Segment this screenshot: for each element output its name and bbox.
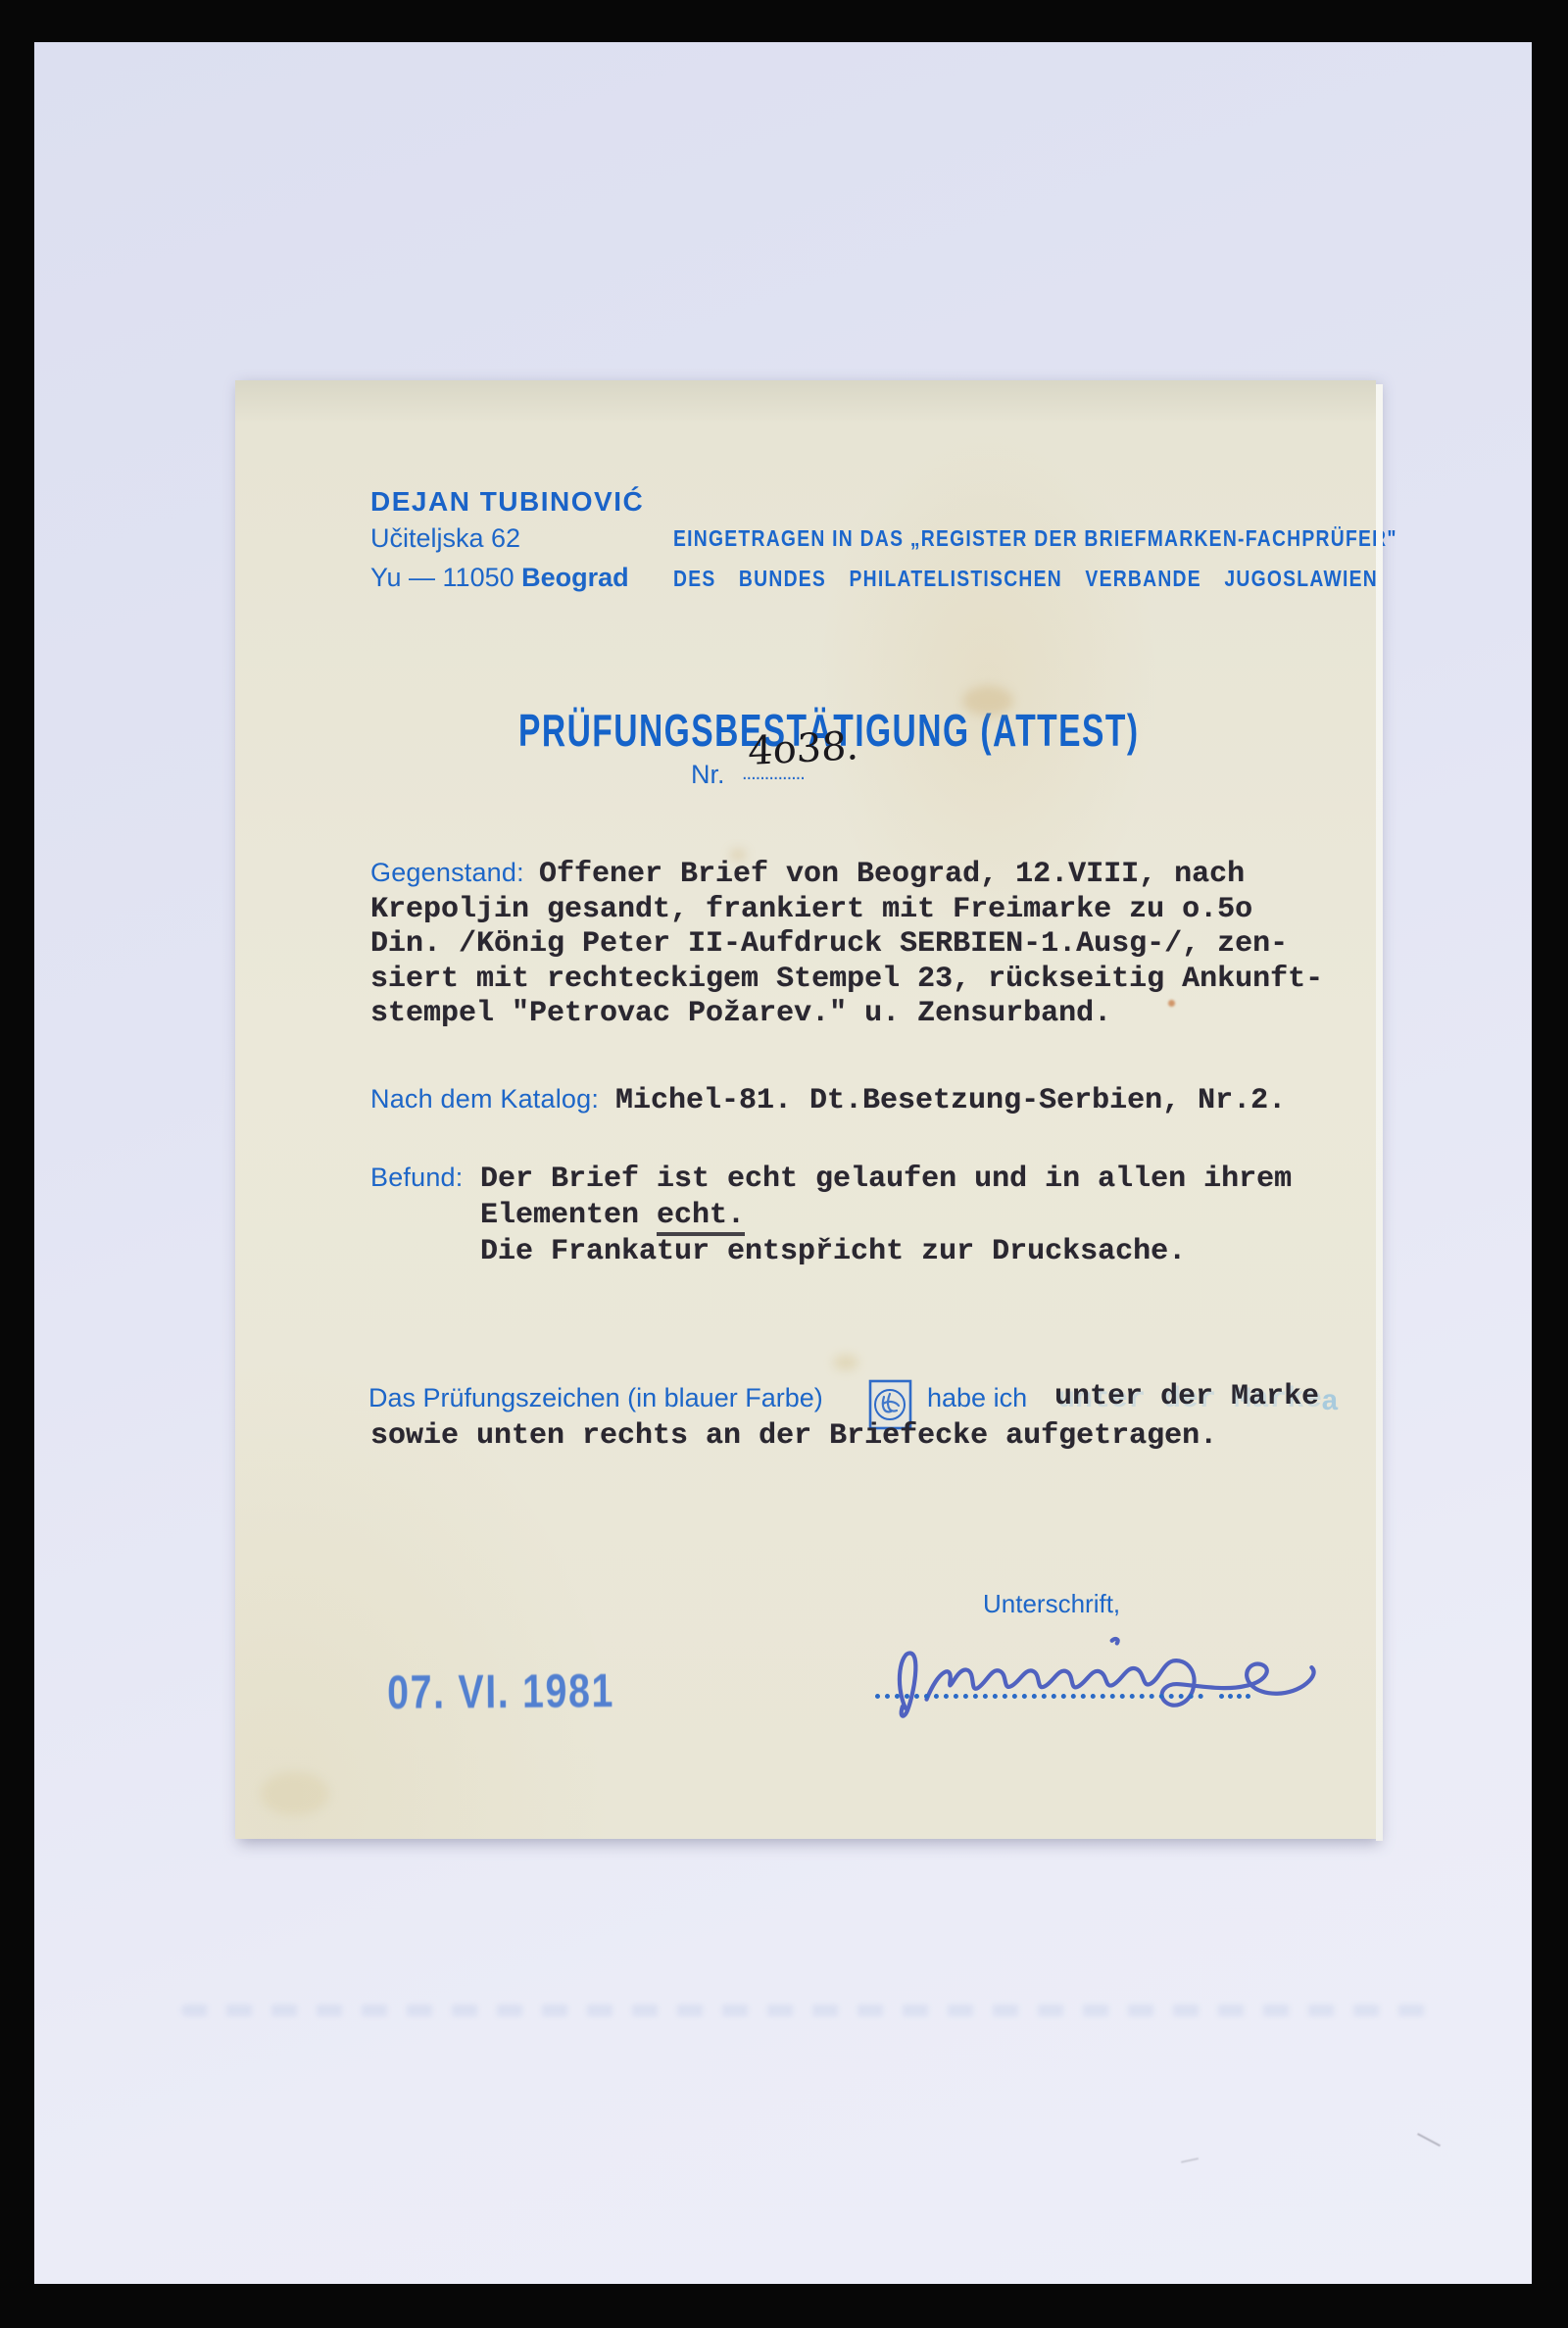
- scanner-background: DEJAN TUBINOVIĆ Učiteljska 62 Yu — 11050…: [34, 42, 1532, 2284]
- examiner-city: Yu — 11050 Beograd: [370, 563, 629, 593]
- pruefzeichen-typed-line2: sowie unten rechts an der Briefecke aufg…: [370, 1419, 1217, 1453]
- gegenstand-line3: Din. /König Peter II-Aufdruck SERBIEN-1.…: [370, 927, 1323, 963]
- gegenstand-line1-text: Offener Brief von Beograd, 12.VIII, nach: [539, 858, 1245, 891]
- befund-line2: Elementen echt.: [370, 1198, 1292, 1234]
- pruefzeichen-text-after: habe ich: [927, 1383, 1027, 1413]
- pencil-scratch: [1417, 2133, 1441, 2147]
- katalog-row: Nach dem Katalog:Michel-81. Dt.Besetzung…: [370, 1082, 1286, 1119]
- examiner-city-prefix: Yu — 11050: [370, 563, 521, 592]
- date-stamp: 07. VI. 1981: [387, 1664, 614, 1720]
- pruefzeichen-text-before: Das Prüfungszeichen (in blauer Farbe): [368, 1383, 823, 1413]
- katalog-value: Michel-81. Dt.Besetzung-Serbien, Nr.2.: [615, 1084, 1286, 1117]
- registry-line1: EINGETRAGEN IN DAS „REGISTER DER BRIEFMA…: [673, 525, 1397, 552]
- gegenstand-line5: stempel "Petrovac Požarev." u. Zensurban…: [370, 997, 1323, 1032]
- befund-label: Befund:: [370, 1160, 480, 1196]
- gegenstand-line4: siert mit rechteckigem Stempel 23, rücks…: [370, 963, 1323, 998]
- foxing-stain: [833, 1355, 858, 1370]
- show-through-ghost-text: [181, 2005, 1436, 2016]
- signature-dotted-line-end: [1219, 1688, 1250, 1699]
- examiner-name: DEJAN TUBINOVIĆ: [370, 486, 644, 518]
- befund-line1-text: Der Brief ist echt gelaufen und in allen…: [480, 1163, 1292, 1196]
- pruefzeichen-typed-line1: unter der Marke: [1054, 1380, 1319, 1413]
- registry-line2: DES BUNDES PHILATELISTISCHEN VERBANDE JU…: [673, 566, 1378, 592]
- pencil-scratch: [1181, 2157, 1199, 2163]
- examiner-street: Učiteljska 62: [370, 523, 520, 554]
- befund-line3: Die Frankatur entspřicht zur Drucksache.: [370, 1234, 1292, 1270]
- katalog-label: Nach dem Katalog:: [370, 1082, 615, 1117]
- nr-label: Nr.: [691, 760, 725, 790]
- gegenstand-paragraph: Gegenstand:Offener Brief von Beograd, 12…: [370, 856, 1323, 1032]
- foxing-stain: [962, 686, 1013, 716]
- pruefzeichen-faint-letter: a: [1321, 1386, 1339, 1419]
- scanned-certificate: DEJAN TUBINOVIĆ Učiteljska 62 Yu — 11050…: [0, 0, 1568, 2328]
- gegenstand-label: Gegenstand:: [370, 856, 539, 891]
- foxing-stain: [261, 1772, 329, 1815]
- certificate-number-handwritten: 4o38.: [748, 723, 859, 774]
- foxing-stain: [730, 849, 746, 861]
- examiner-city-name: Beograd: [521, 563, 629, 592]
- certificate-paper: DEJAN TUBINOVIĆ Učiteljska 62 Yu — 11050…: [235, 380, 1376, 1839]
- foxing-speck: [1168, 1000, 1175, 1007]
- befund-line1: Befund:Der Brief ist echt gelaufen und i…: [370, 1160, 1292, 1198]
- befund-line2-pre: Elementen: [480, 1199, 657, 1232]
- befund-echt-underlined: echt.: [657, 1199, 745, 1236]
- gegenstand-line1: Gegenstand:Offener Brief von Beograd, 12…: [370, 856, 1323, 893]
- handwritten-signature: [882, 1608, 1333, 1730]
- gegenstand-line2: Krepoljin gesandt, frankiert mit Freimar…: [370, 893, 1323, 928]
- befund-paragraph: Befund:Der Brief ist echt gelaufen und i…: [370, 1160, 1292, 1270]
- signature-dotted-line: [875, 1688, 1203, 1699]
